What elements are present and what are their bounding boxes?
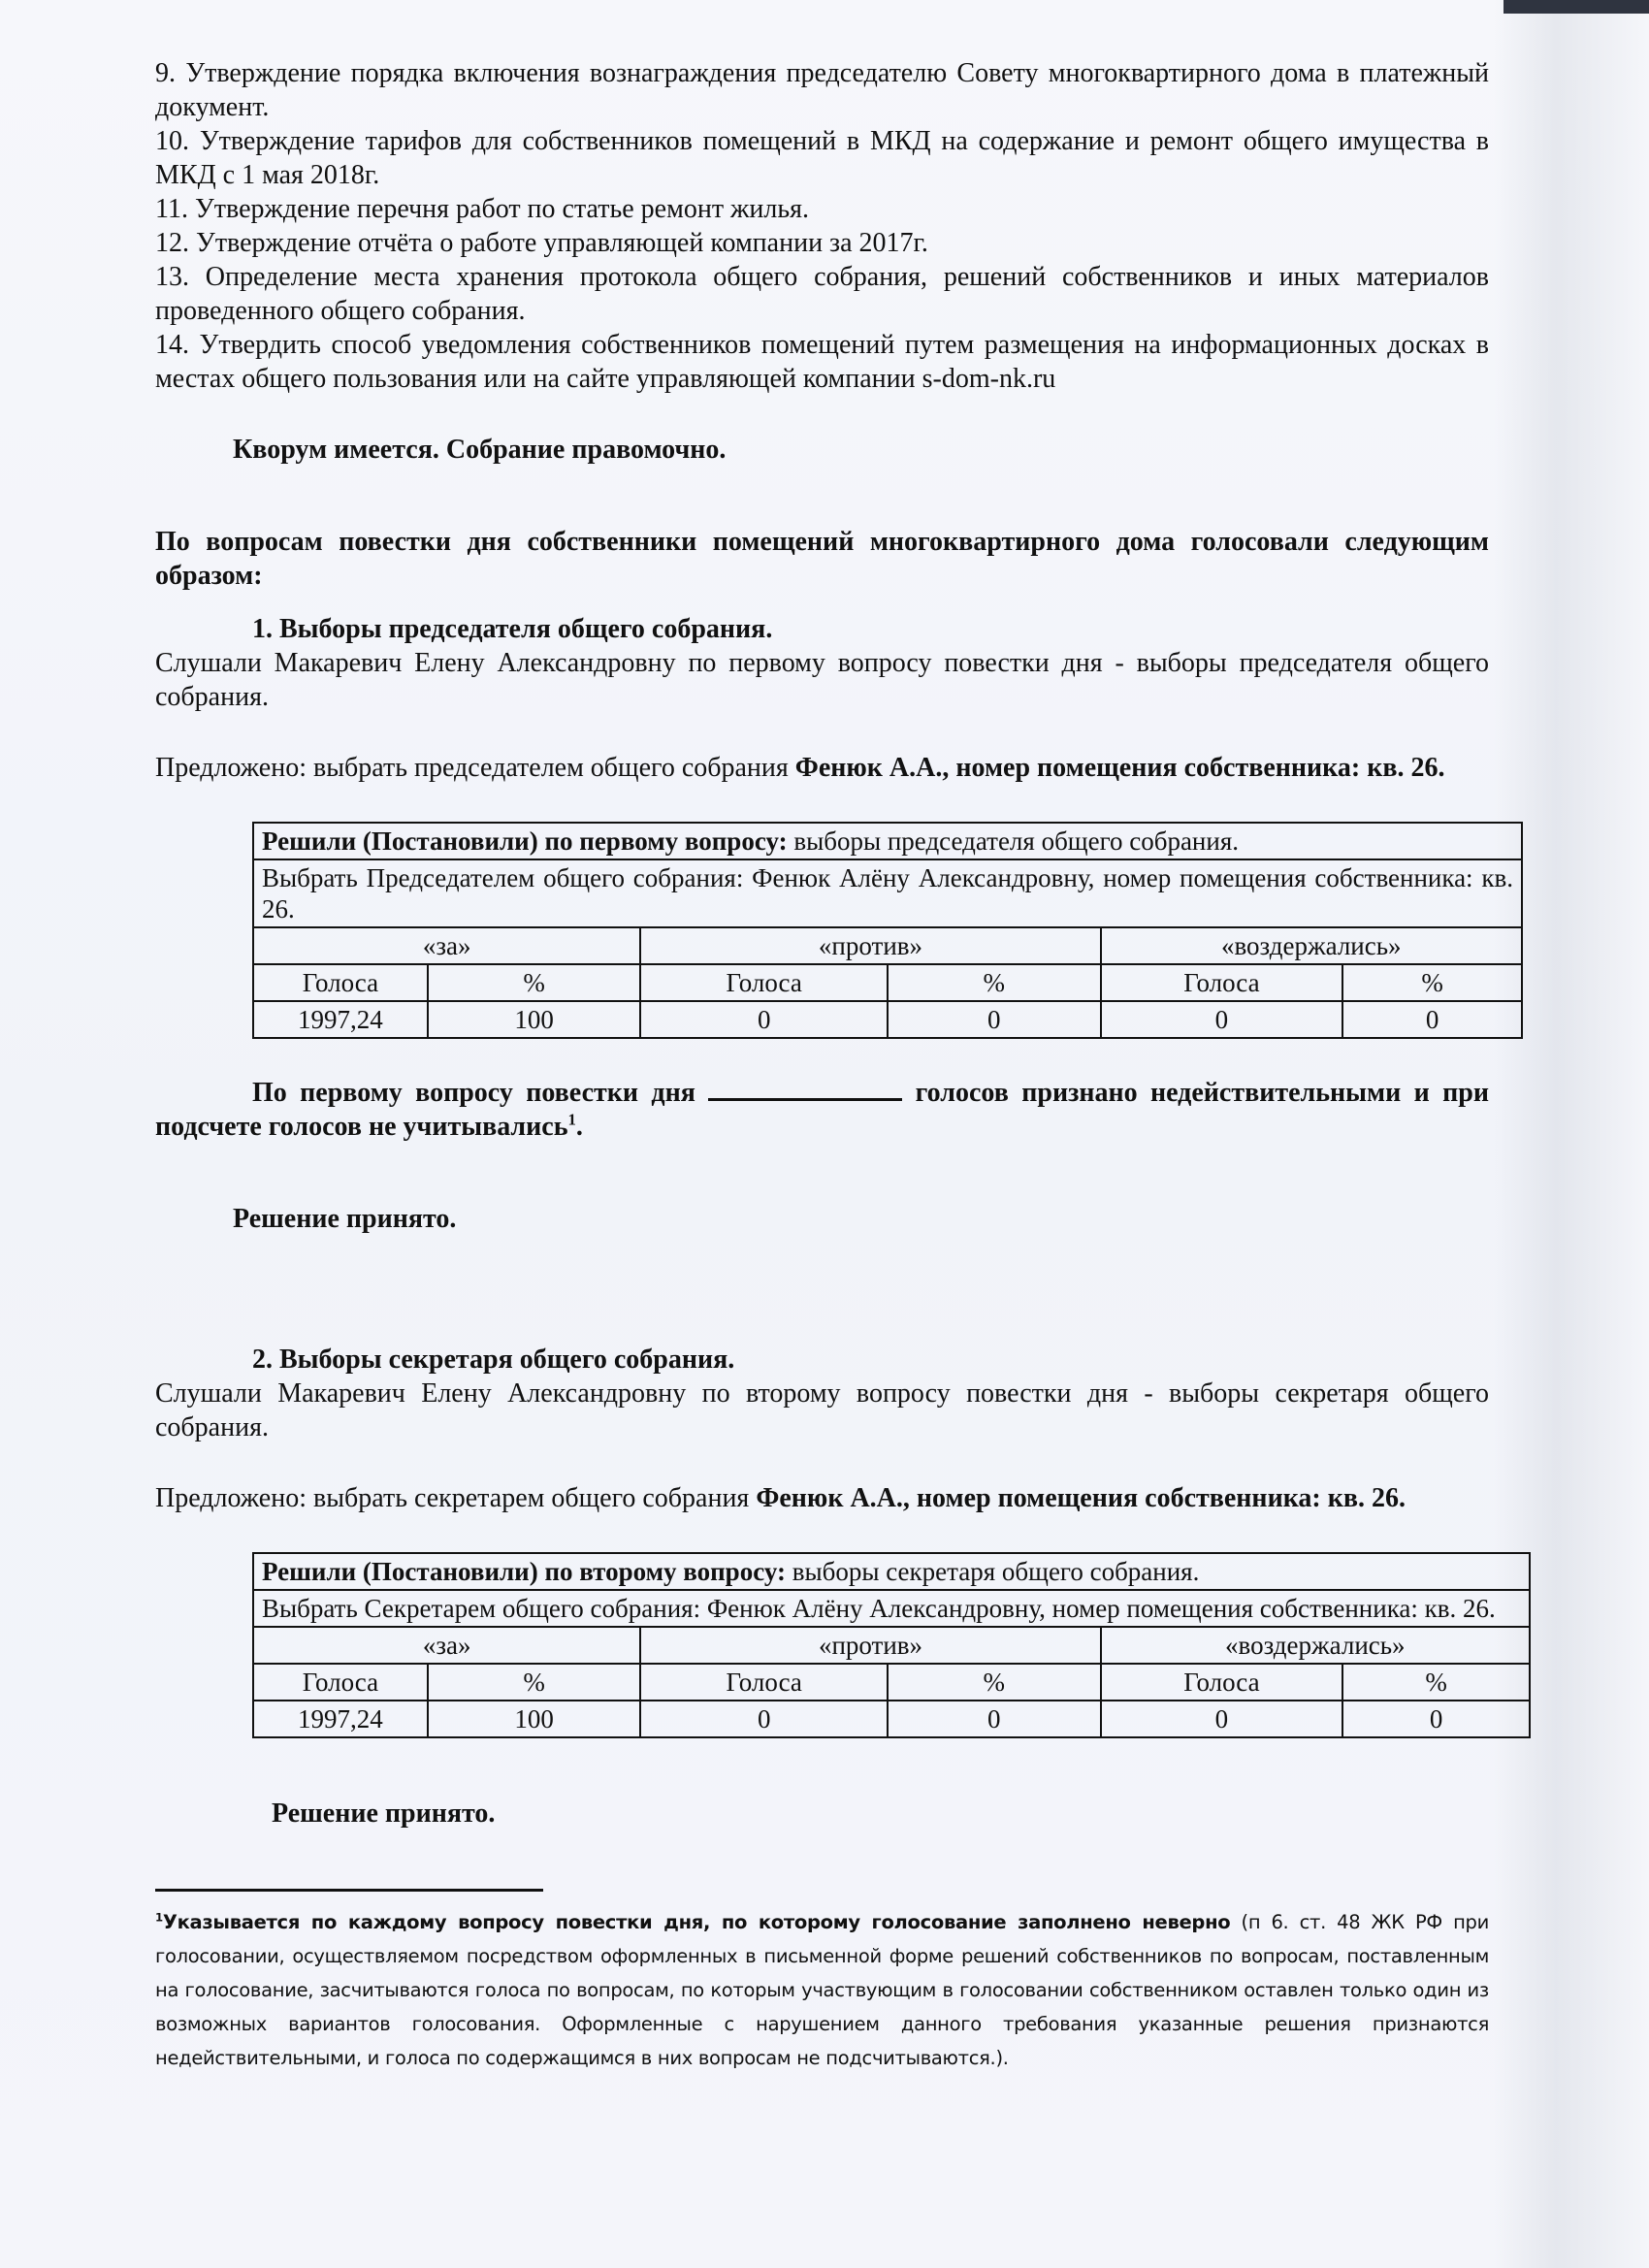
value-for-votes: 1997,24 [253, 1701, 428, 1737]
question-1: 1. Выборы председателя общего собрания. … [155, 612, 1489, 1236]
document-body: 9. Утверждение порядка включения вознагр… [155, 56, 1489, 2075]
group-against: «против» [640, 1627, 1100, 1664]
footnote-divider [155, 1889, 543, 1892]
quorum-statement: Кворум имеется. Собрание правомочно. [155, 433, 1489, 467]
agenda-item-13: 13. Определение места хранения протокола… [155, 260, 1489, 328]
value-abstained-percent: 0 [1342, 1701, 1530, 1737]
subheader-percent: % [428, 964, 641, 1001]
subheader-votes: Голоса [640, 1664, 888, 1701]
value-against-percent: 0 [888, 1701, 1101, 1737]
decision-row: Выбрать Председателем общего собрания: Ф… [253, 859, 1522, 927]
value-against-votes: 0 [640, 1001, 888, 1038]
agenda-list: 9. Утверждение порядка включения вознагр… [155, 56, 1489, 396]
subheader-percent: % [888, 1664, 1101, 1701]
heard-text: Слушали Макаревич Елену Александровну по… [155, 646, 1489, 714]
subheader-votes: Голоса [253, 1664, 428, 1701]
proposed-text: Предложено: выбрать секретарем общего со… [155, 1481, 1489, 1515]
agenda-item-9: 9. Утверждение порядка включения вознагр… [155, 56, 1489, 124]
subheader-percent: % [1342, 1664, 1530, 1701]
footnote-ref: 1 [568, 1111, 576, 1129]
agenda-item-11: 11. Утверждение перечня работ по статье … [155, 192, 1489, 226]
decision-row: Выбрать Секретарем общего собрания: Феню… [253, 1590, 1530, 1627]
group-for: «за» [253, 927, 640, 964]
subheader-percent: % [1342, 964, 1522, 1001]
value-abstained-votes: 0 [1101, 1001, 1343, 1038]
invalid-votes-blank [708, 1080, 902, 1101]
value-against-percent: 0 [888, 1001, 1101, 1038]
scanned-page: 9. Утверждение порядка включения вознагр… [0, 0, 1649, 2268]
voting-intro: По вопросам повестки дня собственники по… [155, 525, 1489, 593]
subheader-votes: Голоса [1101, 1664, 1343, 1701]
agenda-item-10: 10. Утверждение тарифов для собственнико… [155, 124, 1489, 192]
value-for-percent: 100 [428, 1701, 641, 1737]
subheader-percent: % [428, 1664, 641, 1701]
page-fold-shadow [1494, 0, 1649, 2268]
proposed-text: Предложено: выбрать председателем общего… [155, 751, 1489, 785]
group-for: «за» [253, 1627, 640, 1664]
decided-row: Решили (Постановили) по первому вопросу:… [253, 823, 1522, 859]
subheader-votes: Голоса [253, 964, 428, 1001]
value-abstained-percent: 0 [1342, 1001, 1522, 1038]
subheader-votes: Голоса [640, 964, 888, 1001]
value-for-percent: 100 [428, 1001, 641, 1038]
decided-row: Решили (Постановили) по второму вопросу:… [253, 1553, 1530, 1590]
agenda-item-12: 12. Утверждение отчёта о работе управляю… [155, 226, 1489, 260]
value-for-votes: 1997,24 [253, 1001, 428, 1038]
value-abstained-votes: 0 [1101, 1701, 1343, 1737]
page-edge-dark [1503, 0, 1649, 14]
group-against: «против» [640, 927, 1100, 964]
invalid-votes-statement: По первому вопросу повестки дня голосов … [155, 1076, 1489, 1144]
result-statement: Решение принято. [155, 1797, 1489, 1831]
subheader-votes: Голоса [1101, 964, 1343, 1001]
group-abstained: «воздержались» [1101, 1627, 1530, 1664]
subheader-percent: % [888, 964, 1101, 1001]
question-2: 2. Выборы секретаря общего собрания. Слу… [155, 1343, 1489, 1831]
vote-table: Решили (Постановили) по первому вопросу:… [252, 822, 1523, 1039]
heard-text: Слушали Макаревич Елену Александровну по… [155, 1377, 1489, 1444]
footnote-marker: 1 [155, 1911, 163, 1925]
value-against-votes: 0 [640, 1701, 888, 1737]
result-statement: Решение принято. [155, 1202, 1489, 1236]
question-heading: 2. Выборы секретаря общего собрания. [155, 1343, 1489, 1377]
group-abstained: «воздержались» [1101, 927, 1522, 964]
vote-table: Решили (Постановили) по второму вопросу:… [252, 1552, 1531, 1738]
footnote: 1Указывается по каждому вопросу повестки… [155, 1905, 1489, 2075]
question-heading: 1. Выборы председателя общего собрания. [155, 612, 1489, 646]
agenda-item-14: 14. Утвердить способ уведомления собстве… [155, 328, 1489, 396]
